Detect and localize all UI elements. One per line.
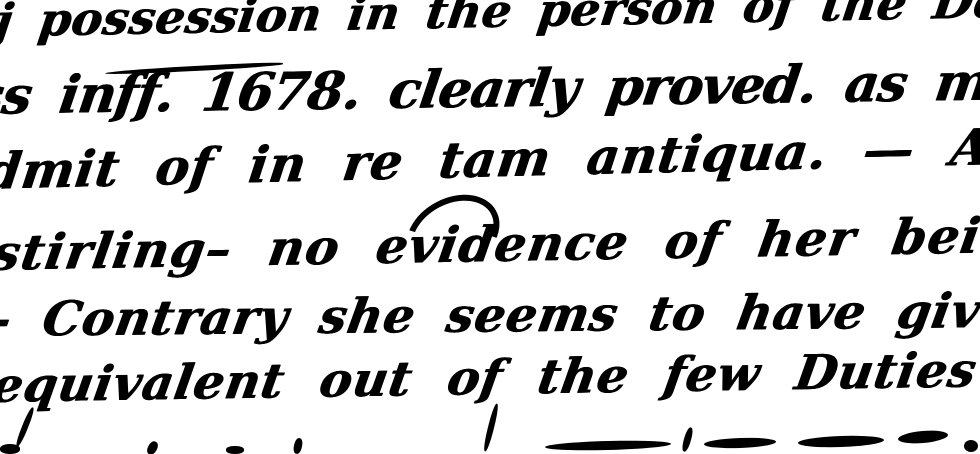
handwritten-line-3: dmit of in re tam antiqua. — As — [0, 117, 980, 201]
manuscript-scan: ij possession in the person of the Deft:… — [0, 0, 980, 454]
handwritten-line-5: - Contrary she seems to have given — [0, 283, 980, 348]
ink-fragment — [226, 446, 244, 454]
handwritten-line-1: ij possession in the person of the Deft:… — [0, 0, 980, 48]
ink-fragment — [898, 429, 949, 445]
handwritten-line-4: stirling– no evidence of her being — [0, 205, 980, 282]
ink-fragment — [482, 403, 500, 452]
handwritten-line-6: equivalent out of the few Duties o — [0, 341, 980, 414]
ink-fragment — [704, 437, 776, 450]
ink-fragment — [292, 437, 303, 454]
ink-fragment — [0, 444, 20, 454]
ink-fragment — [681, 427, 695, 453]
handwritten-line-2: ss inff. 1678. clearly proved. as much — [0, 50, 980, 127]
ink-fragment — [545, 439, 671, 451]
ink-fragment — [964, 440, 978, 452]
ink-fragment — [145, 440, 160, 454]
ink-fragment — [798, 435, 884, 449]
